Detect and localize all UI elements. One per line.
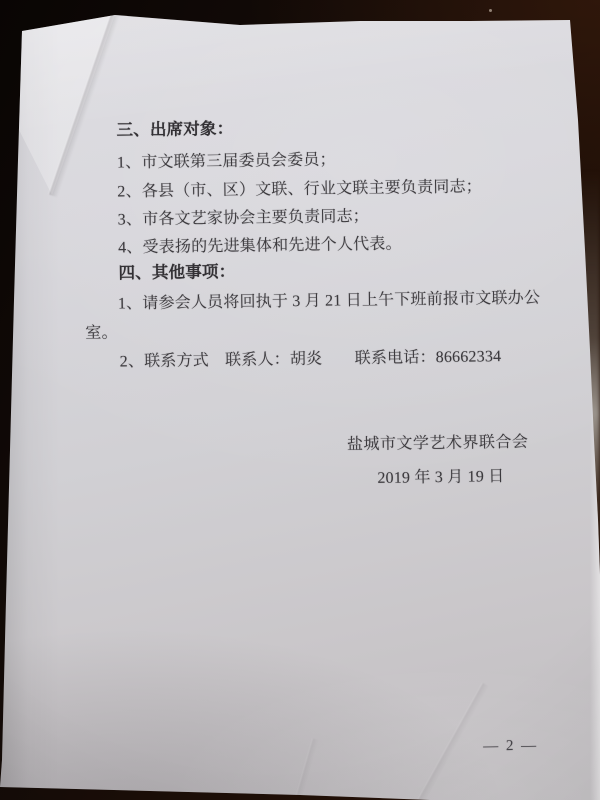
attendee-item: 3、市各文艺家协会主要负责同志； — [118, 203, 369, 230]
section-heading-other: 四、其他事项： — [118, 258, 235, 284]
section-heading-attendees: 三、出席对象： — [116, 115, 233, 141]
document-photo: 三、出席对象： 1、市文联第三届委员会委员； 2、各县（市、区）文联、行业文联主… — [0, 0, 600, 800]
document-content: 三、出席对象： 1、市文联第三届委员会委员； 2、各县（市、区）文联、行业文联主… — [0, 0, 600, 800]
paper-sheet: 三、出席对象： 1、市文联第三届委员会委员； 2、各县（市、区）文联、行业文联主… — [0, 0, 600, 800]
attendee-item: 2、各县（市、区）文联、行业文联主要负责同志； — [117, 173, 482, 201]
contact-line: 2、联系方式 联系人：胡炎 联系电话：86662334 — [120, 343, 502, 371]
signature-date: 2019 年 3 月 19 日 — [377, 463, 504, 488]
attendee-item: 1、市文联第三届委员会委员； — [117, 146, 336, 172]
desk-speck — [489, 9, 492, 12]
signature-organization: 盐城市文学艺术界联合会 — [347, 429, 529, 455]
page-number: — 2 — — [483, 738, 538, 756]
attendee-item: 4、受表扬的先进集体和先进个人代表。 — [118, 231, 402, 258]
return-note-paragraph: 1、请参会人员将回执于 3 月 21 日上午下班前报市文联办公室。 — [85, 284, 544, 348]
